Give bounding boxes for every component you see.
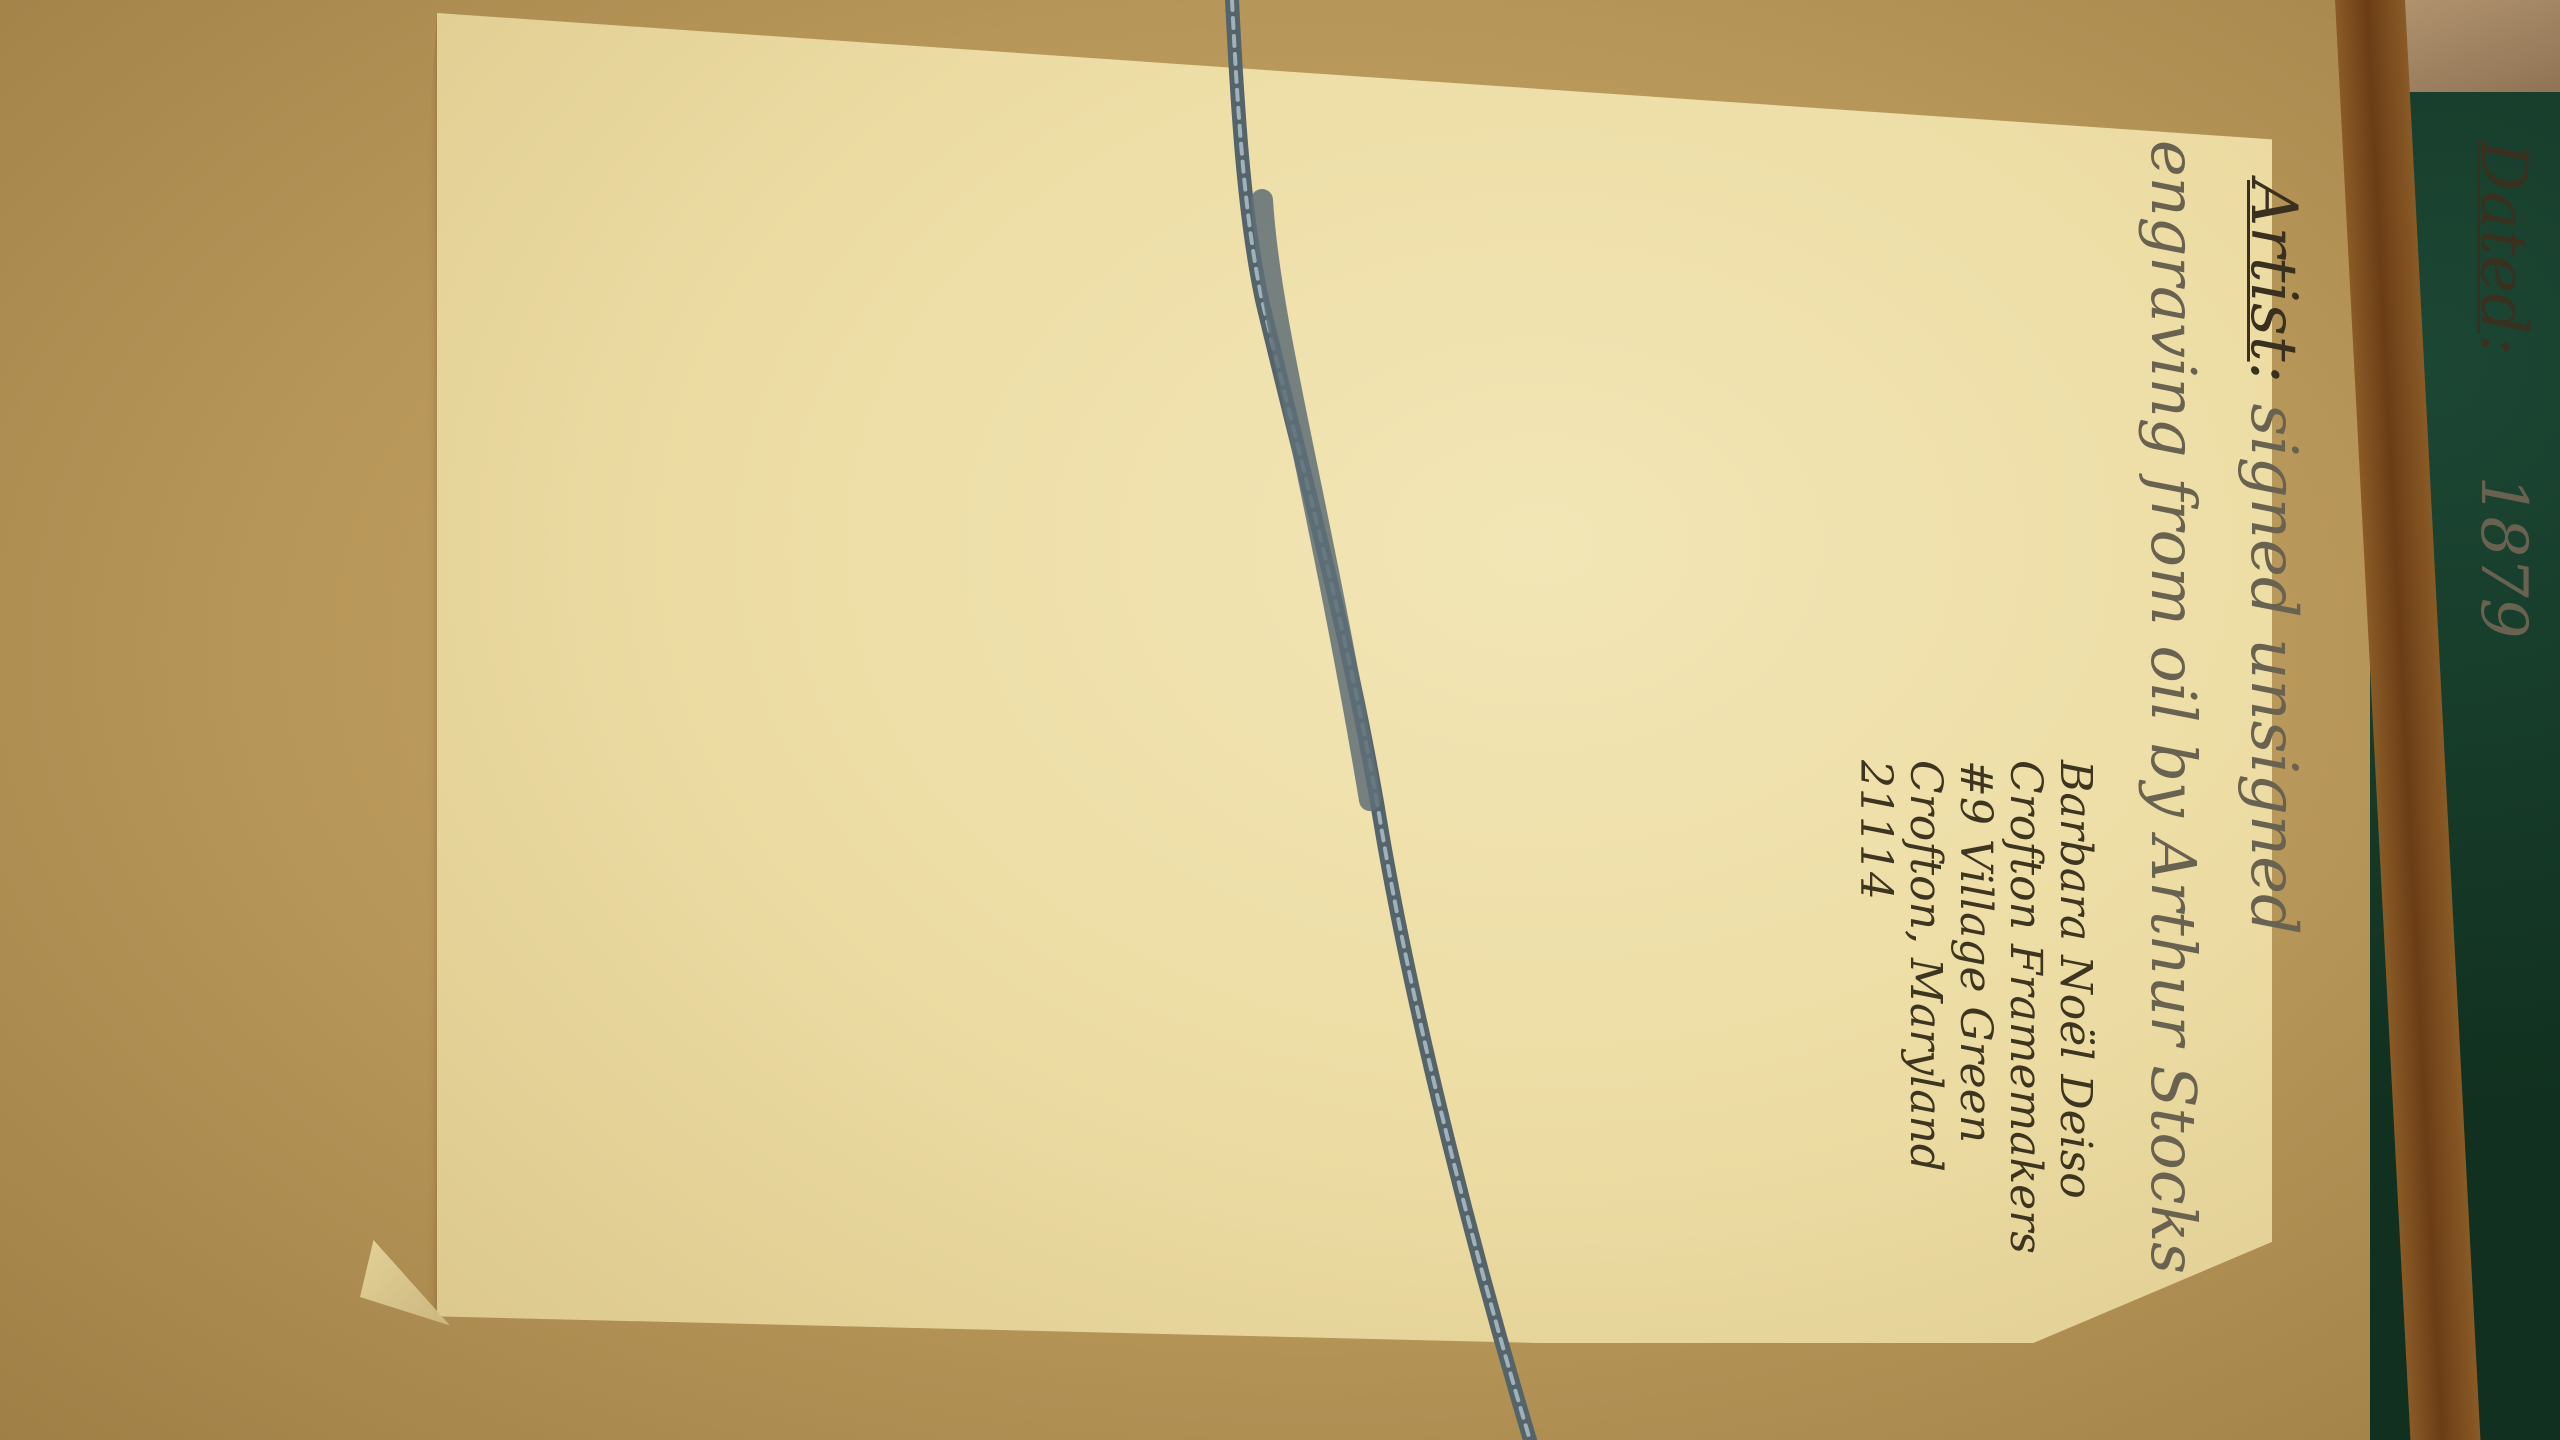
signature-zip: 21114 [1850, 760, 1900, 1254]
signature-company: Crofton Framemakers [2000, 760, 2050, 1254]
artist-field: Artist: signed unsigned [2236, 180, 2310, 935]
dated-field: Dated:1879 [2466, 140, 2540, 638]
signature-block: Barbara Noël Deiso Crofton Framemakers #… [1850, 760, 2100, 1254]
signature-city: Crofton, Maryland [1900, 760, 1950, 1254]
signature-name: Barbara Noël Deiso [2050, 760, 2100, 1254]
colon: : [2466, 334, 2540, 356]
artist-field-value-line2: engraving from oil by Arthur Stocks [2137, 140, 2210, 1274]
dated-field-label: Dated [2466, 140, 2540, 334]
artist-field-value: signed unsigned [2236, 403, 2310, 934]
certificate-text: Certificate of Authenticity and Preparat… [2000, 80, 2560, 1340]
artist-field-label: Artist [2236, 180, 2310, 362]
dated-field-value: 1879 [2466, 476, 2540, 639]
signature-street: #9 Village Green [1950, 760, 2000, 1254]
colon: : [2236, 362, 2310, 404]
